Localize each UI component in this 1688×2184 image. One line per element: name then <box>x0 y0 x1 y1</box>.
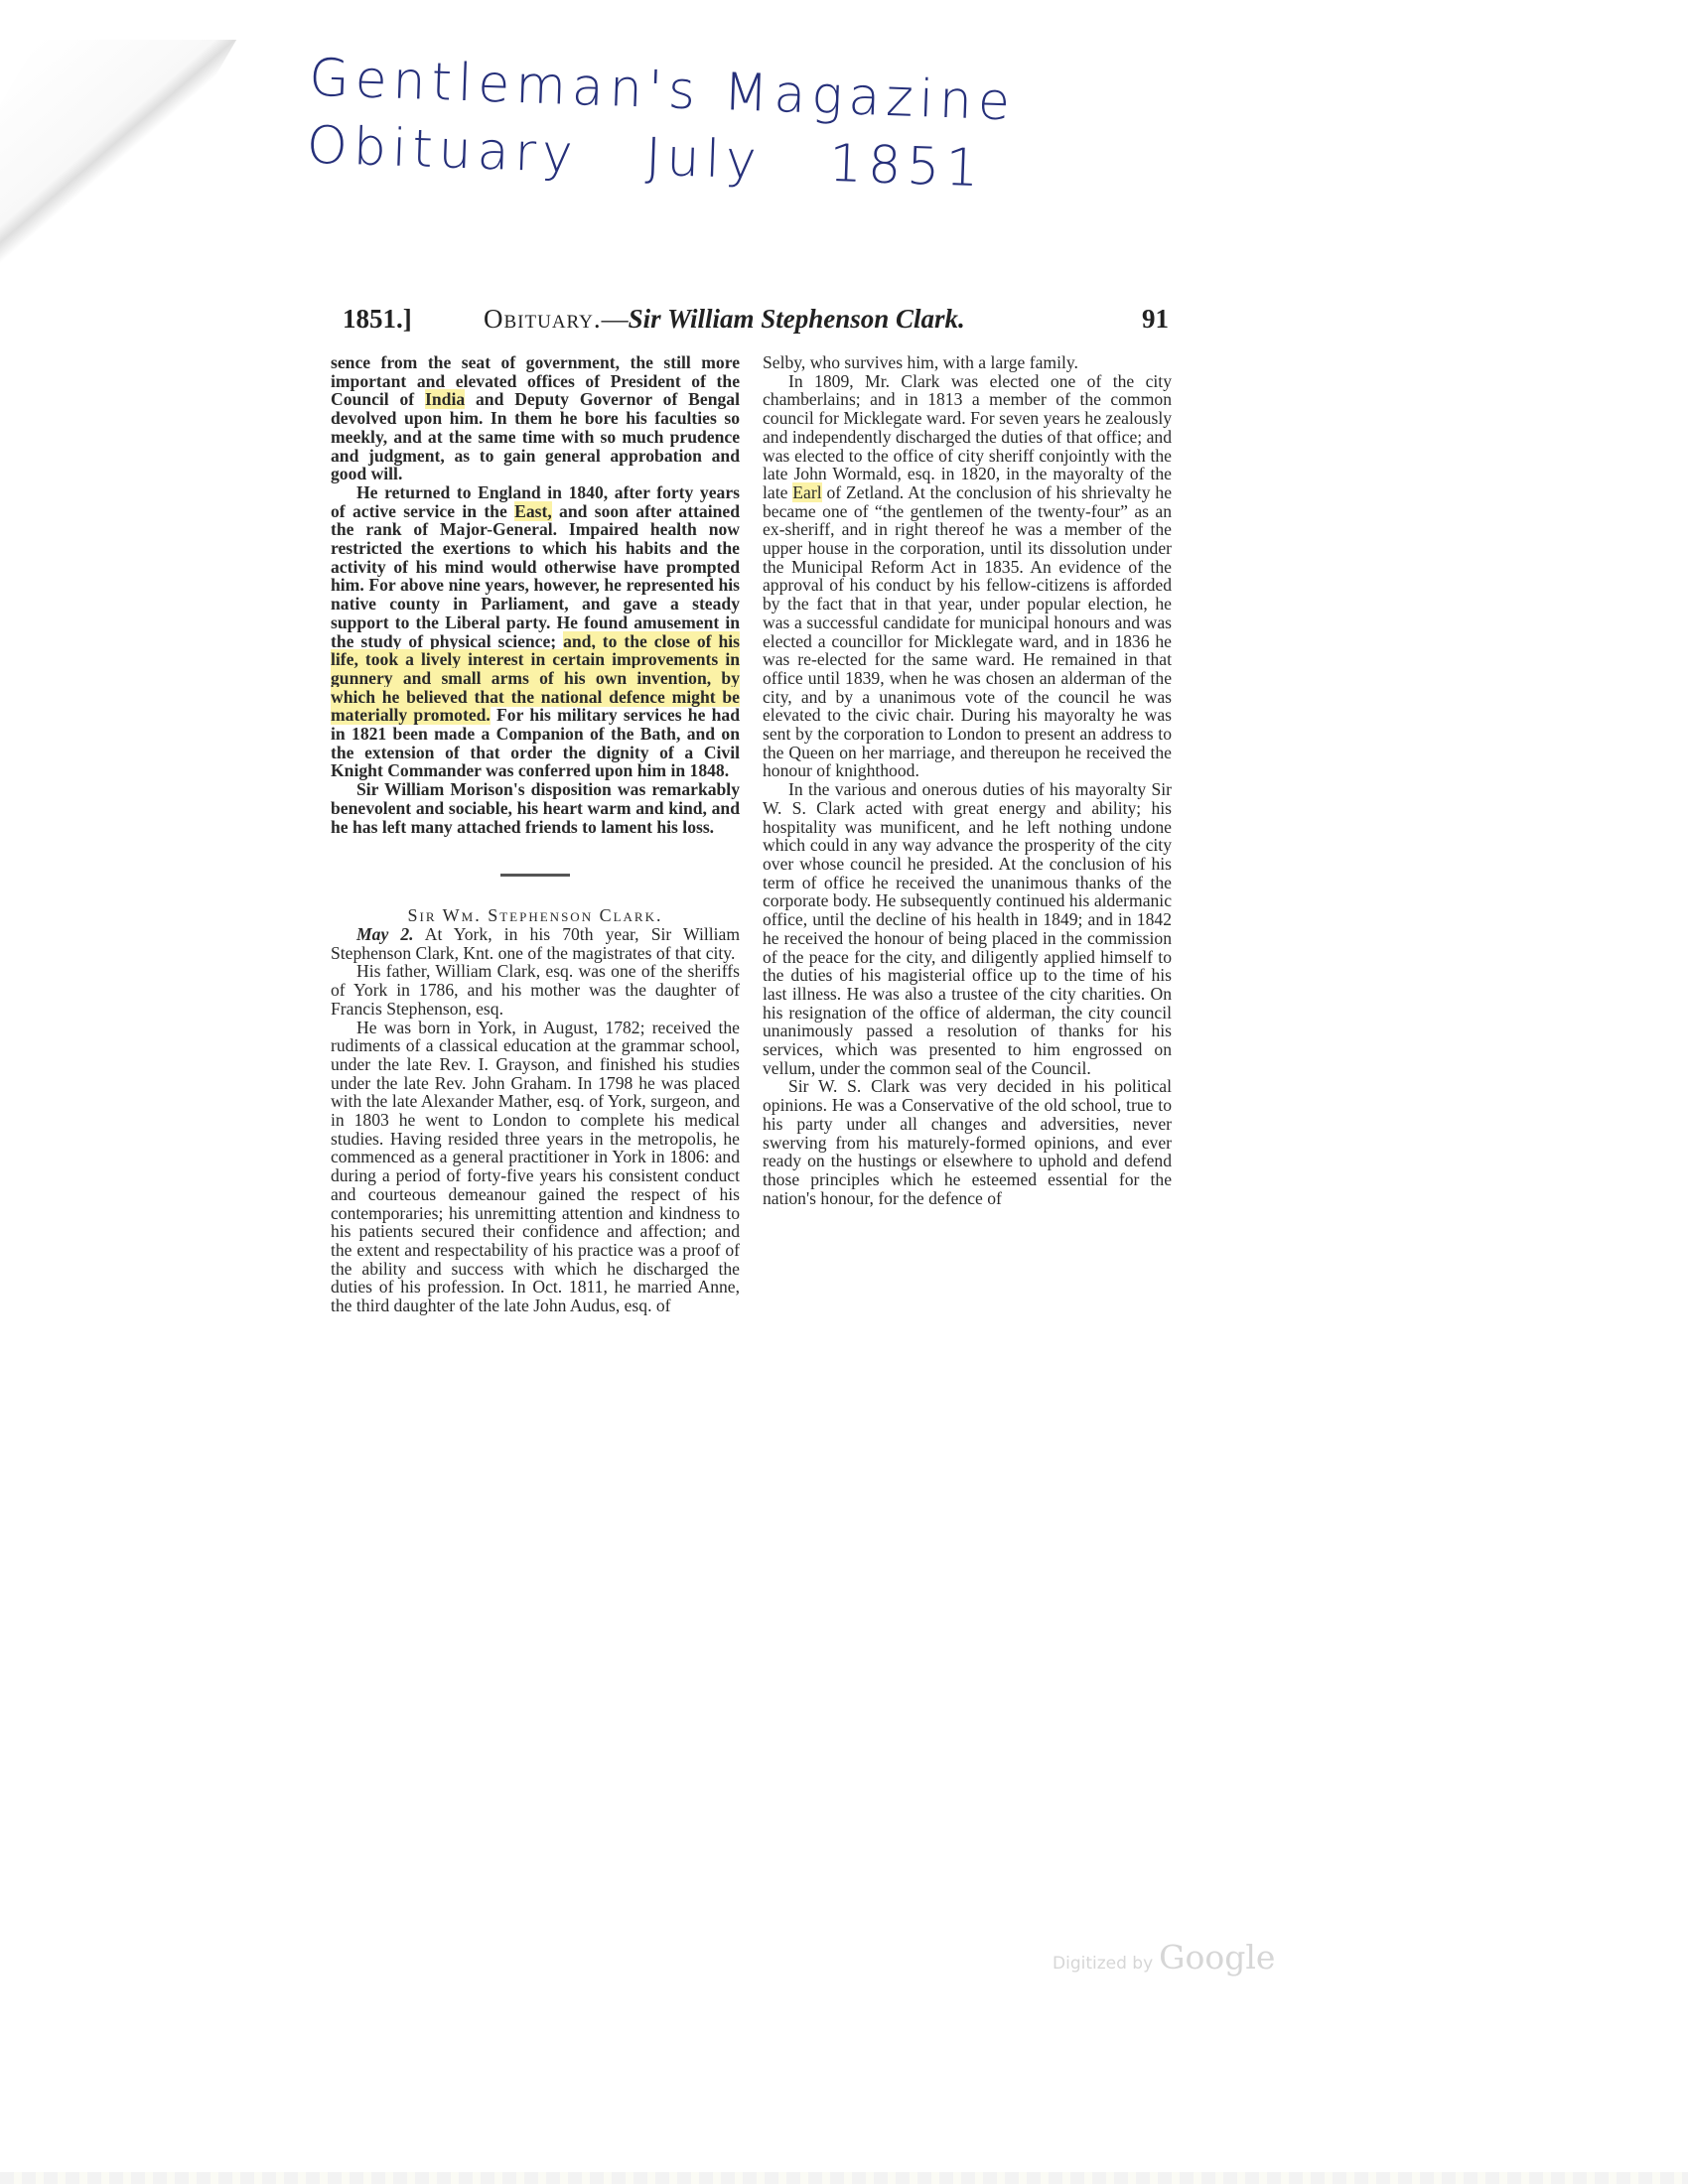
running-head-title: Obituary.—Sir William Stephenson Clark. <box>484 304 965 335</box>
running-head: 1851.] Obituary.—Sir William Stephenson … <box>343 304 1169 340</box>
section-divider <box>500 874 570 877</box>
paragraph: Sir William Morison's disposition was re… <box>331 780 740 836</box>
watermark-prefix: Digitized by <box>1053 1954 1153 1974</box>
paragraph: In 1809, Mr. Clark was elected one of th… <box>763 372 1172 780</box>
obituary-heading: Sir Wm. Stephenson Clark. <box>331 906 740 925</box>
running-head-year: 1851.] <box>343 304 412 335</box>
paragraph: May 2. At York, in his 70th year, Sir Wi… <box>331 925 740 962</box>
running-head-section: Obituary. <box>484 304 602 334</box>
paragraph: Selby, who survives him, with a large fa… <box>763 353 1172 372</box>
text-run: and soon after attained the rank of Majo… <box>331 501 740 651</box>
digitized-by-watermark: Digitized byGoogle <box>1053 1938 1275 1977</box>
paragraph: In the various and onerous duties of his… <box>763 780 1172 1077</box>
text-run: of Zetland. At the conclusion of his shr… <box>763 482 1172 781</box>
right-column: Selby, who survives him, with a large fa… <box>763 353 1172 1207</box>
highlighted-text: East, <box>514 501 552 521</box>
paragraph: He returned to England in 1840, after fo… <box>331 483 740 780</box>
paragraph: Sir W. S. Clark was very decided in his … <box>763 1077 1172 1207</box>
obituary-date: May 2. <box>356 924 414 944</box>
page-fold-shadow <box>0 40 236 377</box>
google-logo-text: Google <box>1159 1938 1275 1977</box>
left-column: sence from the seat of government, the s… <box>331 353 740 1315</box>
running-head-dash: — <box>602 304 629 334</box>
handwritten-annotation: Gentleman's Magazine Obituary July 1851 <box>306 48 1017 202</box>
highlighted-text: India <box>425 389 465 409</box>
paragraph: sence from the seat of government, the s… <box>331 353 740 483</box>
running-head-subject: Sir William Stephenson Clark. <box>629 304 965 334</box>
scan-bottom-edge <box>0 2172 1688 2184</box>
paragraph: His father, William Clark, esq. was one … <box>331 962 740 1018</box>
highlighted-text: Earl <box>792 482 821 502</box>
page-number: 91 <box>1142 304 1169 335</box>
paragraph: He was born in York, in August, 1782; re… <box>331 1019 740 1315</box>
